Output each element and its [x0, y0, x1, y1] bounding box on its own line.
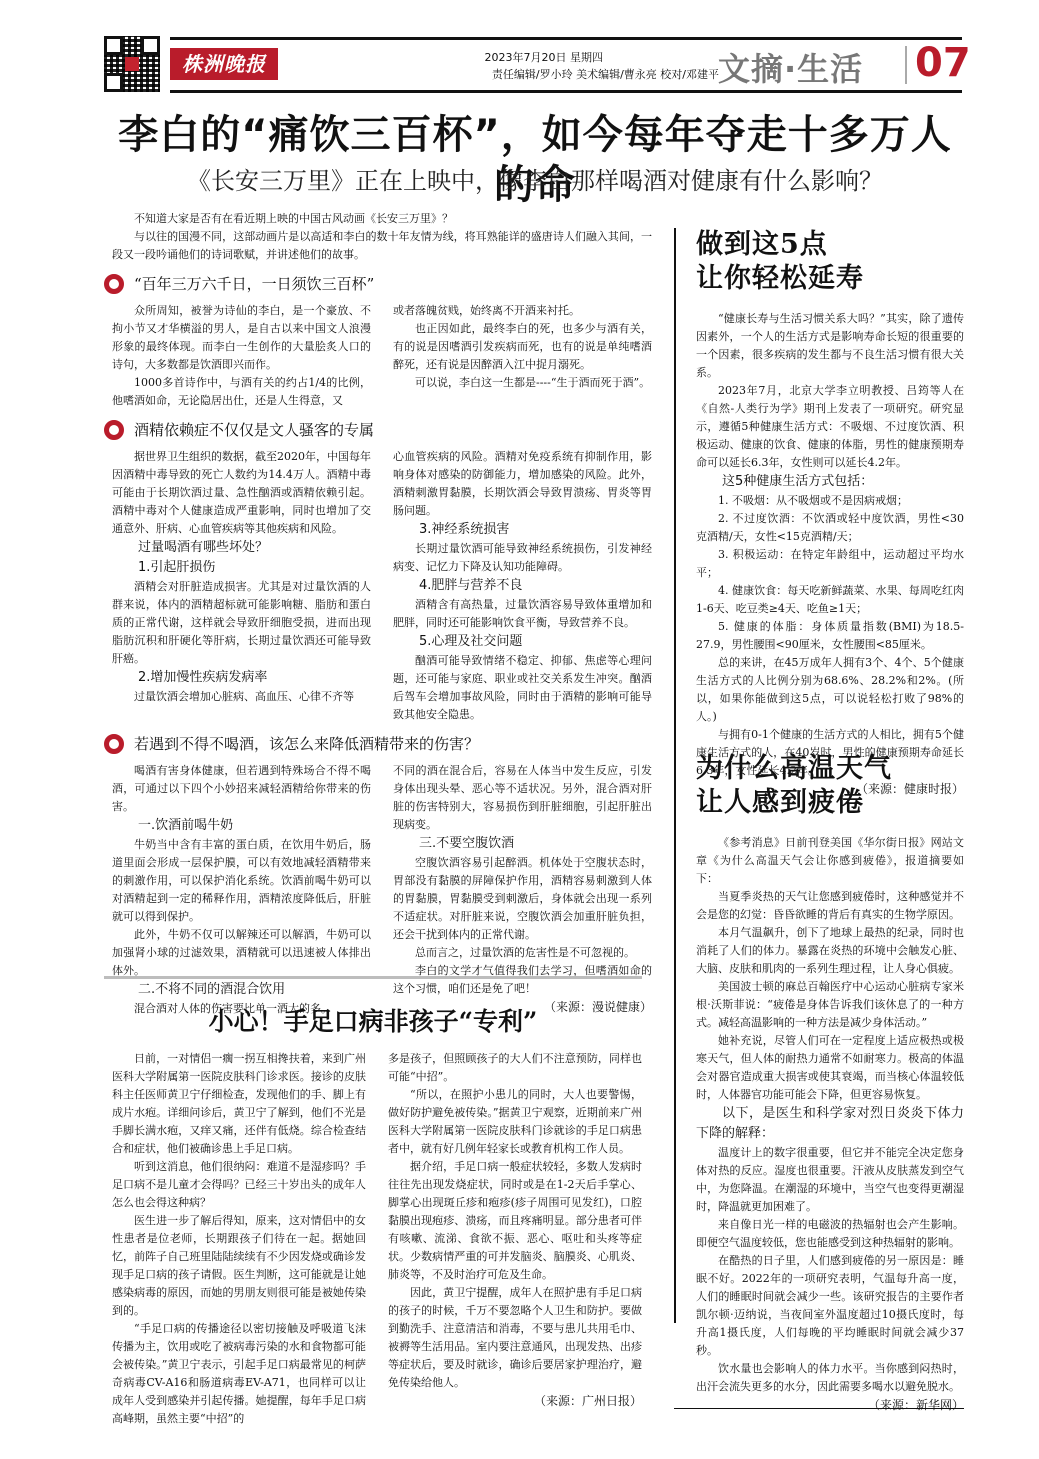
paragraph: 酗酒可能导致情绪不稳定、抑郁、焦虑等心理问题，还可能与家庭、职业或社交关系发生冲…: [393, 652, 652, 724]
paragraph: 众所周知，被誉为诗仙的李白，是一个豪放、不拘小节又才华横溢的男人，是自古以来中国…: [112, 302, 371, 374]
paragraph: 1000多首诗作中，与酒有关的约占1/4的比例，他嗜酒如命，无论隐居出仕，还是人…: [112, 374, 371, 410]
paragraph: “手足口病的传播途径以密切接触及呼吸道飞沫传播为主，饮用或吃了被病毒污染的水和食…: [112, 1320, 366, 1428]
subheading: 过量喝酒有哪些坏处？: [112, 538, 371, 558]
paragraph: 她补充说，尽管人们可在一定程度上适应极热或极寒天气，但人体的耐热力通常不如耐寒力…: [696, 1032, 964, 1104]
heat-article: 为什么高温天气 让人感到疲倦 《参考消息》日前刊登美国《华尔街日报》网站文章《为…: [696, 752, 964, 1413]
intro-paragraph: 与以往的国漫不同，这部动画片是以高适和李白的数十年友情为线，将耳熟能详的盛唐诗人…: [112, 228, 652, 264]
qr-code: [104, 36, 160, 92]
paragraph: 日前，一对情侣一瘸一拐互相搀扶着，来到广州医科大学附属第一医院皮肤科门诊求医。接…: [112, 1050, 366, 1158]
masthead-bottom-rule: [170, 90, 962, 93]
paragraph: 2023年7月，北京大学李立明教授、吕筠等人在《自然-人类行为学》期刊上发表了一…: [696, 382, 964, 472]
subheading: 以下，是医生和科学家对烈日炎炎下体力下降的解释：: [696, 1104, 964, 1144]
paragraph: 2. 不过度饮酒：不饮酒或轻中度饮酒，男性<30克酒精/天，女性<15克酒精/天…: [696, 510, 964, 546]
longevity-body: “健康长寿与生活习惯关系大吗？”其实，除了遗传因素外，一个人的生活方式是影响寿命…: [696, 310, 964, 780]
paragraph: 总的来讲，在45万成年人拥有3个、4个、5个健康生活方式的人比例分别为68.6%…: [696, 654, 964, 726]
longevity-title-line1: 做到这5点: [696, 228, 964, 262]
editor-credits: 责任编辑/罗小玲 美术编辑/曹永亮 校对/邓建平: [492, 66, 719, 82]
paragraph: 酒精含有高热量，过量饮酒容易导致体重增加和肥胖，同时还可能影响饮食平衡，导致营养…: [393, 596, 652, 632]
heat-body: 《参考消息》日前刊登美国《华尔街日报》网站文章《为什么高温天气会让你感到疲倦》，…: [696, 834, 964, 1396]
section-heading-3: 若遇到不得不喝酒，该怎么来降低酒精带来的伤害？: [104, 734, 652, 754]
subheading: 3.神经系统损害: [393, 520, 652, 540]
paragraph: “健康长寿与生活习惯关系大吗？”其实，除了遗传因素外，一个人的生活方式是影响寿命…: [696, 310, 964, 382]
paragraph: 1. 不吸烟：从不吸烟或不是因病戒烟；: [696, 492, 964, 510]
subheading: 一.饮酒前喝牛奶: [112, 816, 371, 836]
paragraph: 酒精会对肝脏造成损害。尤其是对过量饮酒的人群来说，体内的酒精超标就可能影响糖、脂…: [112, 578, 371, 668]
paragraph: 3. 积极运动：在特定年龄组中，运动超过平均水平；: [696, 546, 964, 582]
hfmd-article: 日前，一对情侣一瘸一拐互相搀扶着，来到广州医科大学附属第一医院皮肤科门诊求医。接…: [112, 1050, 642, 1428]
lead-subheadline: 《长安三万里》正在上映中，像李白那样喝酒对健康有什么影响？: [100, 165, 970, 197]
paragraph: 来自像日光一样的电磁波的热辐射也会产生影响。即便空气温度较低，您也能感受到这种热…: [696, 1216, 964, 1252]
paragraph: 总而言之，过量饮酒的危害性是不可忽视的。: [393, 944, 652, 962]
longevity-article: 做到这5点 让你轻松延寿 “健康长寿与生活习惯关系大吗？”其实，除了遗传因素外，…: [696, 228, 964, 797]
paragraph: 心血管疾病的风险。酒精对免疫系统有抑制作用，影响身体对感染的防御能力，增加感染的…: [393, 448, 652, 520]
subheading: 三.不要空腹饮酒: [393, 834, 652, 854]
paragraph: 本月气温飙升，创下了地球上最热的纪录，同时也消耗了人们的体力。暴露在炎热的环境中…: [696, 924, 964, 978]
bottom-rule: [674, 1408, 964, 1409]
paragraph: 医生进一步了解后得知，原来，这对情侣中的女性患者是位老师，长期跟孩子们待在一起。…: [112, 1212, 366, 1320]
hfmd-title: 小心！手足口病非孩子“专利”: [104, 1006, 642, 1038]
subheading: 5.心理及社交问题: [393, 632, 652, 652]
qr-logo-icon: [125, 57, 139, 71]
issue-date: 2023年7月20日 星期四: [485, 50, 604, 66]
paragraph: 在酷热的日子里，人们感到疲倦的另一原因是：睡眠不好。2022年的一项研究表明，气…: [696, 1252, 964, 1360]
paragraph: 据世界卫生组织的数据，截至2020年，中国每年因酒精中毒导致的死亡人数约为14.…: [112, 448, 371, 538]
paragraph: 空腹饮酒容易引起醉酒。机体处于空腹状态时，胃部没有黏膜的屏障保护作用，酒精容易刺…: [393, 854, 652, 944]
heat-title-line2: 让人感到疲倦: [696, 786, 964, 820]
subheading: 二.不将不同的酒混合饮用: [112, 980, 371, 1000]
paragraph: 饮水量也会影响人的体力水平。当你感到闷热时，出汗会流失更多的水分，因此需要多喝水…: [696, 1360, 964, 1396]
section-heading-2: 酒精依赖症不仅仅是文人骚客的专属: [104, 420, 652, 440]
paragraph: 多是孩子，但照顾孩子的大人们不注意预防，同样也可能“中招”。: [388, 1050, 642, 1086]
paragraph: 长期过量饮酒可能导致神经系统损伤，引发神经病变、记忆力下降及认知功能障碍。: [393, 540, 652, 576]
paragraph: 可以说，李白这一生都是----“生于酒而死于酒”。: [393, 374, 652, 392]
section-separator: [104, 976, 642, 979]
qr-finder-icon: [141, 36, 160, 55]
paragraph: 喝酒有害身体健康，但若遇到特殊场合不得不喝酒，可通过以下四个小妙招来减轻酒精给你…: [112, 762, 371, 816]
paragraph: 4. 健康饮食：每天吃新鲜蔬菜、水果、每周吃红肉1-6天、吃豆类≥4天、吃鱼≥1…: [696, 582, 964, 618]
page-number: 07: [915, 40, 971, 86]
paragraph: “所以，在照护小患儿的同时，大人也要警惕，做好防护避免被传染。”据黄卫宁观察，近…: [388, 1086, 642, 1158]
qr-finder-icon: [104, 36, 123, 55]
newspaper-logo: 株洲晚报: [170, 48, 278, 80]
paragraph: 或者落魄贫贱，始终离不开酒来衬托。: [393, 302, 652, 320]
section-3-columns: 喝酒有害身体健康，但若遇到特殊场合不得不喝酒，可通过以下四个小妙招来减轻酒精给你…: [112, 762, 652, 1018]
paragraph: 温度计上的数字很重要，但它并不能完全决定您身体对热的反应。湿度也很重要。汗液从皮…: [696, 1144, 964, 1216]
masthead-top-rule: [170, 37, 962, 40]
section-ring-icon: [104, 274, 124, 294]
paragraph: 《参考消息》日前刊登美国《华尔街日报》网站文章《为什么高温天气会让你感到疲倦》，…: [696, 834, 964, 888]
subheading: 2.增加慢性疾病发病率: [112, 668, 371, 688]
column-divider: [674, 228, 676, 1323]
section-2-columns: 据世界卫生组织的数据，截至2020年，中国每年因酒精中毒导致的死亡人数约为14.…: [112, 448, 652, 724]
article-source: （来源：新华网）: [696, 1396, 964, 1413]
heat-title-line1: 为什么高温天气: [696, 752, 964, 786]
paragraph: 5. 健康的体脂：身体质量指数(BMI)为18.5-27.9，男性腰围<90厘米…: [696, 618, 964, 654]
paragraph: 听到这消息，他们很纳闷：难道不是湿疹吗？手足口病不是儿童才会得吗？已经三十岁出头…: [112, 1158, 366, 1212]
paragraph: 李白的文学才气值得我们去学习，但嗜酒如命的这个习惯，咱们还是免了吧！: [393, 962, 652, 998]
section-heading-text: 若遇到不得不喝酒，该怎么来降低酒精带来的伤害？: [134, 735, 479, 753]
paragraph: 此外，牛奶不仅可以解辣还可以解酒，牛奶可以加强肾小球的过滤效果，酒精就可以迅速被…: [112, 926, 371, 980]
paragraph: 过量饮酒会增加心脏病、高血压、心律不齐等: [112, 688, 371, 706]
intro-paragraph: 不知道大家是否有在看近期上映的中国古风动画《长安三万里》？: [112, 210, 652, 228]
section-ring-icon: [104, 734, 124, 754]
section-heading-text: 酒精依赖症不仅仅是文人骚客的专属: [134, 421, 374, 439]
section-ring-icon: [104, 420, 124, 440]
longevity-title-line2: 让你轻松延寿: [696, 262, 964, 296]
paragraph: 美国波士顿的麻总百翰医疗中心运动心脏病专家米根·沃斯菲说：“疲倦是身体告诉我们该…: [696, 978, 964, 1032]
section-heading-text: “百年三万六千日，一日须饮三百杯”: [134, 275, 374, 293]
paragraph: 也正因如此，最终李白的死，也多少与酒有关，有的说是因嗜酒引发疾病而死，也有的说是…: [393, 320, 652, 374]
lead-article: 不知道大家是否有在看近期上映的中国古风动画《长安三万里》？ 与以往的国漫不同，这…: [112, 210, 652, 1018]
subheading: 1.引起肝损伤: [112, 558, 371, 578]
qr-finder-icon: [104, 73, 123, 92]
article-source: （来源：广州日报）: [388, 1392, 642, 1410]
paragraph: 当夏季炎热的天气让您感到疲倦时，这种感觉并不会是您的幻觉：昏昏欲睡的背后有真实的…: [696, 888, 964, 924]
subheading: 这5种健康生活方式包括：: [696, 472, 964, 492]
paragraph: 据介绍，手足口病一般症状较轻，多数人发病时往往先出现发烧症状，同时或是在1-2天…: [388, 1158, 642, 1284]
section-heading-1: “百年三万六千日，一日须饮三百杯”: [104, 274, 652, 294]
subheading: 4.肥胖与营养不良: [393, 576, 652, 596]
section-divider: [905, 46, 907, 84]
section-1-columns: 众所周知，被誉为诗仙的李白，是一个豪放、不拘小节又才华横溢的男人，是自古以来中国…: [112, 302, 652, 410]
paragraph: 不同的酒在混合后，容易在人体当中发生反应，引发身体出现头晕、恶心等不适状况。另外…: [393, 762, 652, 834]
paragraph: 因此，黄卫宁提醒，成年人在照护患有手足口病的孩子的时候，千万不要忽略个人卫生和防…: [388, 1284, 642, 1392]
section-name: 文摘·生活: [718, 44, 863, 90]
paragraph: 牛奶当中含有丰富的蛋白质，在饮用牛奶后，肠道里面会形成一层保护膜，可以有效地减轻…: [112, 836, 371, 926]
